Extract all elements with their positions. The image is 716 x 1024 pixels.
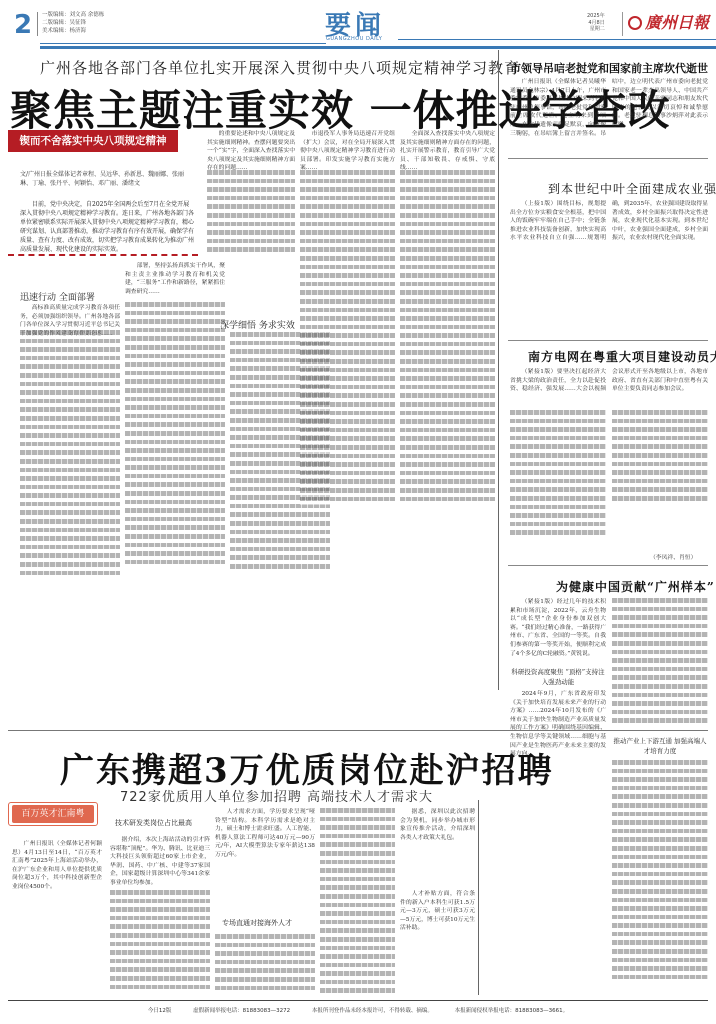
lower-headline: 广东携超3万优质岗位赴沪招聘 [60, 743, 554, 792]
divider [508, 340, 708, 341]
article-column: 的重要论述和中央八项规定及其实施细则精神。查摆问题要突出一个“实”字，全面深入查… [207, 130, 295, 170]
newspaper-logo: 廣州日報 [628, 10, 709, 33]
right-article-body: （上接1版）围绕目标，规划提出全方位夯实粮食安全根基，把中国人的饭碗牢牢端在自己… [510, 200, 708, 330]
footer-infringement-hotline: 本报新闻侵权举报电话：81883083—3661。 [455, 1008, 569, 1014]
text-block [300, 170, 395, 724]
lead-kicker: 广州各地各部门各单位扎实开展深入贯彻中央八项规定精神学习教育 [40, 57, 520, 78]
right-article-title: 南方电网在粤重大项目建设动员大会举行 [528, 348, 716, 365]
text-block [612, 410, 708, 510]
section-subtitle: GUANGZHOU DAILY [326, 36, 382, 42]
editor-line: 美术编辑：杨济海 [42, 27, 104, 35]
divider [508, 158, 708, 159]
article-credit: （李凤祥、肖恒） [650, 552, 696, 561]
date-year: 2025年 [587, 13, 605, 20]
lead-subhead: 迅速行动 全面部署 [20, 290, 95, 303]
footer-fake-news-hotline: 虚假新闻举报电话：81883083—3272 [193, 1008, 290, 1014]
lower-article-column: 据悉，深圳以此次招聘会为契机，同步举办城市形象宣传推介活动，介绍深圳各类人才政策… [400, 808, 475, 888]
column-divider [478, 800, 479, 995]
lead-subhead: 深学细悟 务求实效 [220, 318, 295, 331]
text-block [125, 302, 225, 724]
lower-subhead: 技术研发类岗位占比最高 [115, 818, 192, 828]
lower-article-column: 人才需求方面，学历要求呈现“哑铃型”结构。本科学历需求是绝对主力，硕士和博士需求… [215, 808, 315, 908]
right-article-title: 为健康中国贡献“广州样本” [556, 578, 715, 595]
divider [398, 39, 716, 40]
logo-mark-icon [628, 16, 642, 30]
column-divider [498, 50, 499, 690]
right-article-subhead: 推动产业上下游互通 加强高端人才培育力度 [612, 736, 708, 756]
page-number: 2 [14, 10, 32, 40]
topic-banner: 锲而不舍落实中央八项规定精神 [8, 130, 178, 152]
text-block [20, 330, 120, 724]
footer-rule [8, 1000, 708, 1001]
divider [40, 43, 326, 44]
campaign-badge: 百万英才汇南粤 [12, 805, 94, 823]
page-footer: 今日12版 虚假新闻举报电话：81883083—3272 本报所刊登作品未经本报… [0, 1006, 716, 1014]
text-block [110, 890, 210, 995]
text-block [510, 410, 606, 550]
text-block [612, 598, 708, 730]
right-article-body: 2024年9月，广东省政府印发《关于加快培育发展未来产业的行动方案》……2024… [510, 690, 606, 990]
divider [508, 565, 708, 566]
issue-date: 2025年 4月8日 星期二 [587, 13, 605, 33]
lower-subtitle: 722家优质用人单位参加招聘 高端技术人才需求大 [120, 786, 433, 805]
lead-byline: 文/广州日报全媒体记者章程、吴远华、孙新恩、魏丽娜、张丽琳、丁瑜、张丹平、何颖怡… [20, 170, 195, 188]
editors-list: 一版编辑：刘文高 余德栋 二版编辑：吴征锋 美术编辑：杨济海 [42, 11, 104, 35]
right-article-body: 广州日报讯（全媒体记者吴曦华 通讯员允林宗）4月7日上午，广州市委常委、市委秘书… [510, 78, 708, 150]
text-block [207, 170, 295, 310]
text-block [215, 934, 315, 996]
lower-subhead: 专场直通对接海外人才 [222, 918, 292, 928]
masthead-rule [40, 46, 716, 49]
text-block [612, 760, 708, 990]
section-divider [8, 730, 708, 731]
lower-article-column: 人才补贴方面，符合条件的新入户本科生可获1.5万元—3万元，硕士可获3万元—5万… [400, 890, 475, 995]
date-weekday: 星期二 [587, 26, 605, 33]
right-article-subhead: 科研投资高度聚焦 “顶格”支持注入强劲动能 [510, 667, 606, 687]
dashed-divider [8, 254, 198, 256]
article-column: 市退役军人事务局迅速召开党组（扩大）会议，对在全局开展深入贯彻中央八项规定精神学… [300, 130, 395, 170]
text-block [400, 170, 495, 724]
lead-lede: 目前，党中央决定，自2025年全国两会后至7月在全党开展深入贯彻中央八项规定精神… [20, 200, 195, 254]
right-article-body: （紧接1版）经过几年的技术积累和市场沉淀，2022年，云舟生物以“成长型”企业身… [510, 598, 606, 663]
divider [622, 12, 623, 36]
lower-article-lede: 广州日报讯（全媒体记者何颖思）4月13日至14日，“百万英才汇南粤”2025年上… [12, 840, 102, 995]
editor-line: 二版编辑：吴征锋 [42, 19, 104, 27]
divider [37, 12, 38, 36]
footer-copyright-notice: 本报所刊登作品未经本报许可，不得转载、摘编。 [312, 1008, 433, 1014]
editor-line: 一版编辑：刘文高 余德栋 [42, 11, 104, 19]
right-article-title: 市领导吊唁老挝党和国家前主席坎代逝世 [510, 60, 708, 76]
right-article-title: 到本世纪中叶全面建成农业强国 [548, 180, 716, 197]
masthead: 2 一版编辑：刘文高 余德栋 二版编辑：吴征锋 美术编辑：杨济海 要闻 GUAN… [0, 0, 716, 50]
text-block [320, 808, 395, 996]
article-column: 全面深入查找落实中央八项规定及其实施细则精神方面存在的问题，扎实开展警示教育，教… [400, 130, 495, 170]
logo-text: 廣州日報 [645, 13, 709, 32]
footer-edition-count: 今日12版 [148, 1008, 172, 1014]
